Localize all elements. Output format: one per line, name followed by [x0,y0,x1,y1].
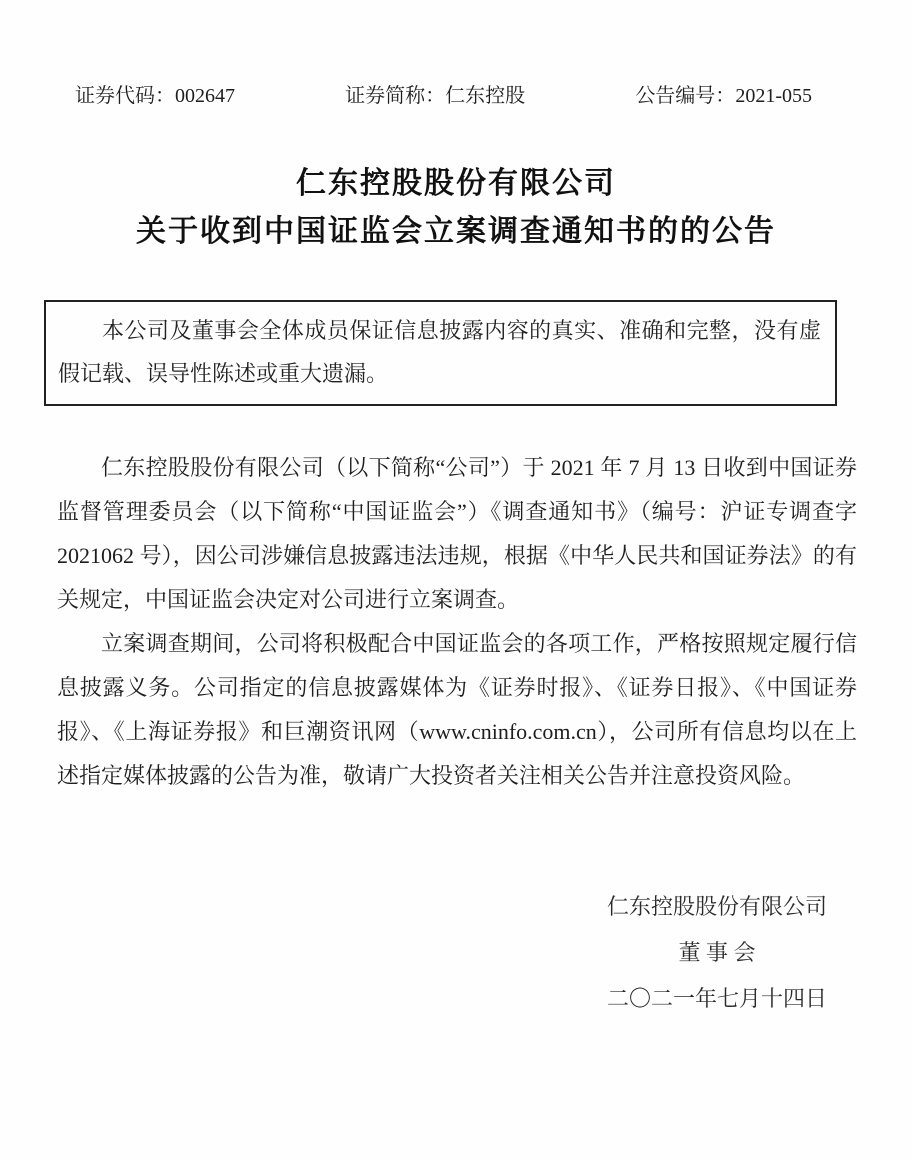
document-title-line1: 仁东控股股份有限公司 [0,160,912,208]
signature-date: 二〇二一年七月十四日 [607,976,827,1022]
statement-text: 本公司及董事会全体成员保证信息披露内容的真实、准确和完整，没有虚假记载、误导性陈… [58,309,821,395]
stock-code-label: 证券代码： [75,85,175,107]
announcement-document: 证券代码：002647 证券简称：仁东控股 公告编号：2021-055 仁东控股… [0,0,912,1160]
document-body: 仁东控股股份有限公司（以下简称“公司”）于 2021 年 7 月 13 日收到中… [57,446,857,798]
announcement-number-label: 公告编号： [635,85,735,107]
signature-company: 仁东控股股份有限公司 [607,884,827,930]
signature-block: 仁东控股股份有限公司 董 事 会 二〇二一年七月十四日 [607,884,827,1022]
document-title: 仁东控股股份有限公司 关于收到中国证监会立案调查通知书的的公告 [0,160,912,256]
document-title-line2: 关于收到中国证监会立案调查通知书的的公告 [0,208,912,256]
stock-name-label: 证券简称： [345,85,445,107]
document-header-row: 证券代码：002647 证券简称：仁东控股 公告编号：2021-055 [0,84,912,108]
statement-box: 本公司及董事会全体成员保证信息披露内容的真实、准确和完整，没有虚假记载、误导性陈… [44,300,837,406]
body-paragraph-1: 仁东控股股份有限公司（以下简称“公司”）于 2021 年 7 月 13 日收到中… [57,446,857,622]
stock-code-value: 002647 [175,85,235,107]
stock-code: 证券代码：002647 [75,84,235,108]
signature-board: 董 事 会 [607,930,827,976]
announcement-number: 公告编号：2021-055 [635,84,812,108]
announcement-number-value: 2021-055 [735,85,812,107]
stock-name: 证券简称：仁东控股 [345,84,525,108]
stock-name-value: 仁东控股 [445,85,525,107]
body-paragraph-2: 立案调查期间，公司将积极配合中国证监会的各项工作，严格按照规定履行信息披露义务。… [57,622,857,798]
